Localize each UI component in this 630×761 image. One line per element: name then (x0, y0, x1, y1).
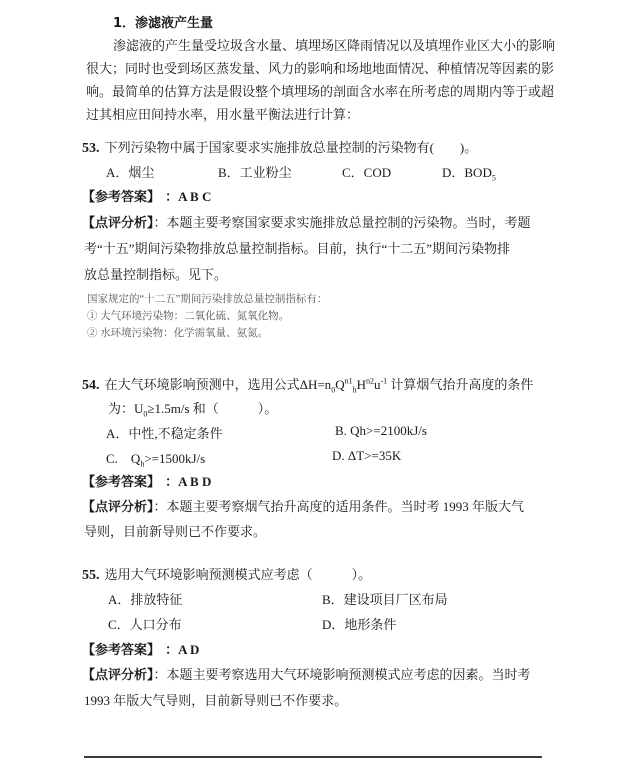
analysis-line: 放总量控制指标。见下。 (84, 264, 227, 283)
option-b: B. Qh>=2100kJ/s (335, 423, 427, 439)
stem-text: 在大气环境影响预测中，选用公式ΔH=n (105, 377, 332, 392)
question-number: 53. (82, 141, 100, 156)
analysis-line: 导则，目前新导则已不作要求。 (84, 521, 266, 540)
analysis-label: 【点评分析】 (82, 500, 154, 515)
question-55: 55. 选用大气环境影响预测模式应考虑（ ）。 (82, 564, 371, 584)
inset-line: 国家规定的“十二五”期间污染排放总量控制指标有： (87, 291, 327, 306)
superscript: n1 (345, 377, 353, 386)
question-53: 53. 下列污染物中属于国家要求实施排放总量控制的污染物有( )。 (82, 137, 477, 157)
inset-line: ① 大气环境污染物：二氧化硫、氮氧化物。 (87, 308, 289, 323)
stem-text: 为：U (108, 401, 143, 416)
answer-row: 【参考答案】 ：A B D (82, 471, 211, 490)
subscript: 5 (492, 174, 496, 183)
answer-label: 【参考答案】 (82, 643, 160, 658)
analysis-label: 【点评分析】 (82, 668, 154, 683)
option-b: B．工业粉尘 (218, 162, 292, 181)
analysis-row: 【点评分析】：本题主要考察选用大气环境影响预测模式应考虑的因素。当时考 (82, 664, 531, 683)
paragraph-line: 渗滤液的产生量受垃圾含水量、填埋场区降雨情况以及填埋作业区大小的影响 (113, 35, 555, 54)
option-a: A．排放特征 (108, 589, 182, 608)
option-d: D．地形条件 (322, 614, 396, 633)
stem-text: ≥1.5m/s 和（ ）。 (147, 401, 277, 416)
section-heading: 1．渗滤液产生量 (113, 12, 213, 31)
paragraph-line: 响。最简单的估算方法是假设整个填埋场的剖面含水率在所考虑的周期内等于或超 (86, 81, 554, 100)
superscript: n2 (366, 377, 374, 386)
option-c-text: >=1500kJ/s (144, 451, 205, 466)
analysis-line: 考“十五”期间污染物排放总量控制指标。目前，执行“十二五”期间污染物排 (84, 238, 510, 257)
analysis-line: 1993 年版大气导则，目前新导则已不作要求。 (84, 690, 347, 709)
analysis-row: 【点评分析】：本题主要考察烟气抬升高度的适用条件。当时考 1993 年版大气 (82, 496, 524, 515)
analysis-text: ：本题主要考察国家要求实施排放总量控制的污染物。当时，考题 (154, 215, 531, 230)
question-stem-line2: 为：U0≥1.5m/s 和（ ）。 (108, 398, 277, 419)
paragraph-line: 很大；同时也受到场区蒸发量、风力的影响和场地地面情况、种植情况等因素的影 (86, 58, 554, 77)
stem-text: 计算烟气抬升高度的条件 (387, 377, 533, 392)
analysis-row: 【点评分析】：本题主要考察国家要求实施排放总量控制的污染物。当时，考题 (82, 212, 531, 231)
analysis-text: ：本题主要考察选用大气环境影响预测模式应考虑的因素。当时考 (154, 667, 531, 682)
option-a: A．中性,不稳定条件 (106, 423, 223, 442)
option-c-text: C. Q (106, 451, 140, 466)
question-stem: 选用大气环境影响预测模式应考虑（ ）。 (105, 567, 372, 582)
question-54: 54. 在大气环境影响预测中，选用公式ΔH=n0Qn1hHn2u-1 计算烟气抬… (82, 374, 533, 395)
option-d: D．BOD5 (442, 162, 496, 183)
answer-label: 【参考答案】 (82, 190, 160, 205)
question-stem: 下列污染物中属于国家要求实施排放总量控制的污染物有( )。 (105, 140, 478, 155)
option-d-text: D．BOD (442, 165, 492, 180)
analysis-text: ：本题主要考察烟气抬升高度的适用条件。当时考 1993 年版大气 (154, 499, 525, 514)
option-a: A．烟尘 (106, 162, 154, 181)
question-stem: 在大气环境影响预测中，选用公式ΔH=n0Qn1hHn2u-1 计算烟气抬升高度的… (105, 377, 534, 392)
answer-row: 【参考答案】 ：A B C (82, 186, 211, 205)
answer-row: 【参考答案】 ：A D (82, 639, 199, 658)
option-b: B．建设项目厂区布局 (322, 589, 448, 608)
option-c: C. Qh>=1500kJ/s (106, 448, 205, 469)
formula-h: H (357, 377, 366, 392)
page-bottom-rule (84, 756, 542, 758)
question-number: 54. (82, 378, 100, 393)
answer-value: ：A B D (165, 474, 211, 489)
answer-value: ：A D (165, 642, 199, 657)
formula-q: Q (335, 377, 344, 392)
answer-value: ：A B C (165, 189, 211, 204)
option-d: D. ΔT>=35K (332, 448, 401, 464)
analysis-label: 【点评分析】 (82, 216, 154, 231)
option-c: C．人口分布 (108, 614, 182, 633)
answer-label: 【参考答案】 (82, 475, 160, 490)
paragraph-line: 过其相应田间持水率，用水量平衡法进行计算： (86, 104, 359, 123)
question-number: 55. (82, 568, 100, 583)
inset-line: ② 水环境污染物：化学需氧量、氨氮。 (87, 325, 268, 340)
option-c: C．COD (342, 162, 391, 181)
